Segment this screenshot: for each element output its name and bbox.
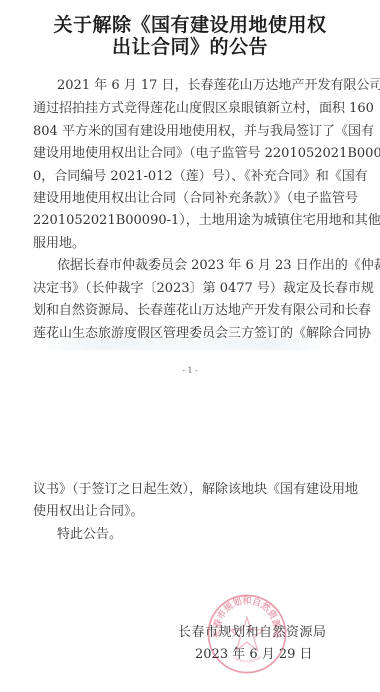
signature-date: 2023 年 6 月 29 日: [195, 647, 313, 663]
body-line: 804 平方米的国有建设用地使用权，并与我局签订了《国有: [33, 124, 344, 140]
body-line: 特此公告。: [57, 527, 344, 543]
body-line: 建设用地使用权出让合同》（电子监管号 2201052021B0009: [33, 146, 344, 162]
body-line: 议书》（于签订之日起生效），解除该地块《国有建设用地: [33, 482, 344, 498]
body-line: 依据长春市仲裁委员会 2023 年 6 月 23 日作出的《仲裁: [57, 258, 344, 274]
body-line: 使用权出让合同》。: [33, 504, 344, 520]
page-number: - 1 -: [0, 366, 380, 375]
body-line: 建设用地使用权出让合同（合同补充条款）》（电子监管号: [33, 191, 344, 207]
body-line: 2021 年 6 月 17 日，长春莲花山万达地产开发有限公司: [57, 78, 344, 94]
document-title-line-1: 关于解除《国有建设用地使用权: [0, 14, 380, 36]
body-line: 2201052021B00090-1），土地用途为城镇住宅用地和其他商: [33, 213, 344, 229]
body-line: 通过招拍挂方式竞得莲花山度假区泉眼镇新立村，面积 160: [33, 101, 344, 117]
body-line: 0，合同编号 2021-012（莲）号）、《补充合同》和《国有: [33, 169, 344, 185]
signature-organization: 长春市规划和自然资源局: [178, 625, 327, 641]
body-line: 服用地。: [33, 236, 344, 252]
body-line: 划和自然资源局、长春莲花山万达地产开发有限公司和长春: [33, 303, 344, 319]
body-line: 决定书》（长仲裁字〔2023〕第 0477 号）裁定及长春市规: [33, 281, 344, 297]
document-title-line-2: 出让合同》的公告: [0, 36, 380, 58]
bleed-through-shadow: [40, 338, 330, 350]
